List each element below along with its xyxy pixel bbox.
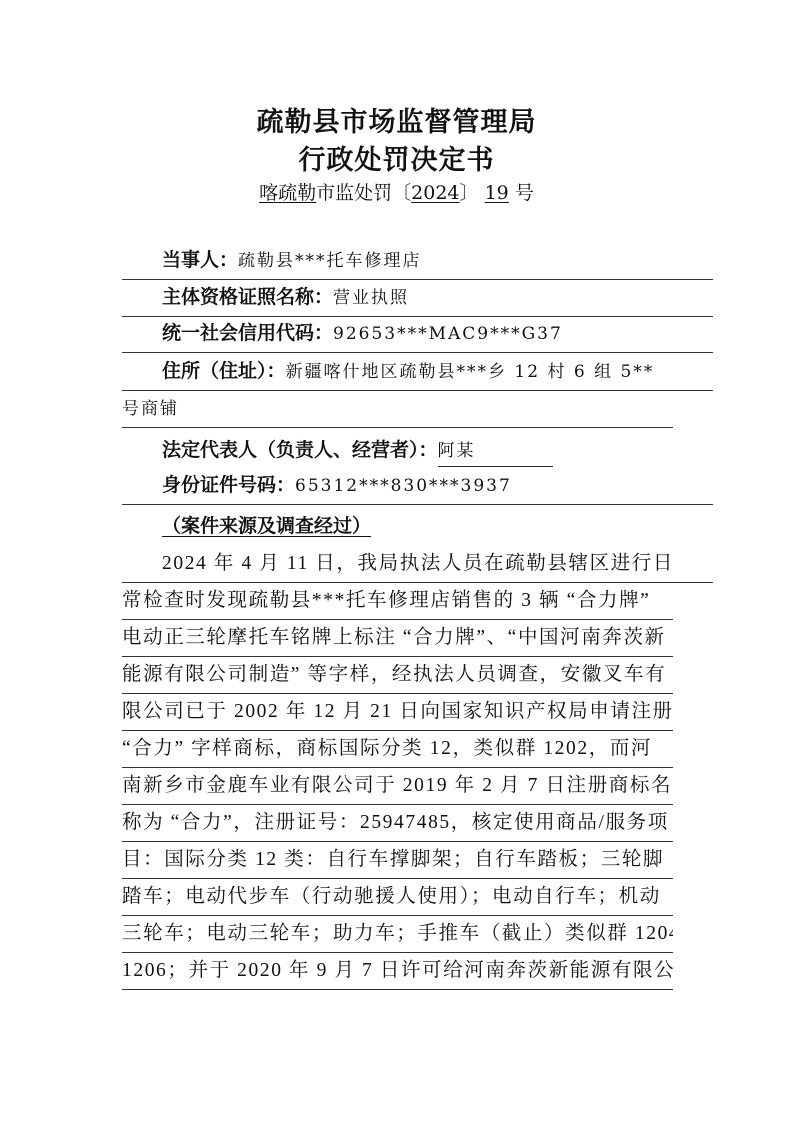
body-line: “合力” 字样商标，商标国际分类 12，类似群 1202，而河 — [122, 730, 673, 768]
cert-row: 主体资格证照名称：营业执照 — [122, 279, 713, 317]
address-row-cont: 号商铺 — [122, 390, 673, 428]
section-heading: （案件来源及调查经过） — [162, 515, 371, 537]
party-name-label: 当事人： — [162, 249, 238, 271]
party-name-row: 当事人：疏勒县***托车修理店 — [122, 242, 713, 280]
credit-code-row: 统一社会信用代码：92653***MAC9***G37 — [122, 315, 713, 353]
cert-value: 营业执照 — [333, 288, 409, 308]
representative-label: 法定代表人（负责人、经营者）： — [162, 439, 438, 461]
doc-no-num: 19 — [485, 182, 509, 204]
body-line: 踏车；电动代步车（行动驰援人使用）；电动自行车；机动 — [122, 878, 673, 916]
body-line: 三轮车；电动三轮车；助力车；手推车（截止）类似群 1204， — [122, 915, 673, 953]
org-title: 疏勒县市场监督管理局 — [0, 100, 793, 139]
representative-value: 阿某 — [438, 436, 553, 467]
id-number-label: 身份证件号码： — [162, 474, 295, 496]
doc-no-mid: 市监处罚〔 — [316, 182, 411, 204]
body-line: 2024 年 4 月 11 日，我局执法人员在疏勒县辖区进行日 — [122, 545, 713, 583]
id-number-value: 65312***830***3937 — [295, 476, 512, 496]
body-line: 称为 “合力”，注册证号：25947485，核定使用商品/服务项 — [122, 804, 673, 842]
credit-code-label: 统一社会信用代码： — [162, 322, 333, 344]
body-line: 1206；并于 2020 年 9 月 7 日许可给河南奔茨新能源有限公 — [122, 952, 673, 990]
doc-no-year: 2024 — [411, 182, 459, 204]
doc-no-prefix: 喀疏勒 — [259, 182, 316, 204]
body-line: 南新乡市金鹿车业有限公司于 2019 年 2 月 7 日注册商标名 — [122, 767, 673, 805]
body-line: 目：国际分类 12 类：自行车撑脚架；自行车踏板；三轮脚 — [122, 841, 673, 879]
doc-no-close: 〕 — [460, 182, 479, 204]
id-number-row: 身份证件号码：65312***830***3937 — [122, 467, 713, 505]
address-value-1: 新疆喀什地区疏勒县***乡 12 村 6 组 5** — [286, 362, 655, 382]
address-row: 住所（住址）：新疆喀什地区疏勒县***乡 12 村 6 组 5** — [122, 353, 713, 391]
party-name-value: 疏勒县***托车修理店 — [238, 251, 422, 271]
doc-no-suffix: 号 — [515, 182, 534, 204]
section-heading-row: （案件来源及调查经过） — [122, 508, 713, 545]
body-line: 限公司已于 2002 年 12 月 21 日向国家知识产权局申请注册 — [122, 693, 673, 731]
doc-type-title: 行政处罚决定书 — [0, 138, 793, 177]
document-number: 喀疏勒市监处罚〔2024〕 19 号 — [0, 178, 793, 205]
address-label: 住所（住址）： — [162, 360, 286, 382]
body-line: 能源有限公司制造” 等字样，经执法人员调查，安徽叉车有 — [122, 656, 673, 694]
body-line: 电动正三轮摩托车铭牌上标注 “合力牌”、“中国河南奔茨新 — [122, 619, 673, 657]
address-value-2: 号商铺 — [122, 399, 179, 419]
credit-code-value: 92653***MAC9***G37 — [333, 324, 563, 344]
representative-row: 法定代表人（负责人、经营者）：阿某 — [122, 432, 713, 469]
body-line: 常检查时发现疏勒县***托车修理店销售的 3 辆 “合力牌” — [122, 582, 673, 620]
cert-label: 主体资格证照名称： — [162, 286, 333, 308]
